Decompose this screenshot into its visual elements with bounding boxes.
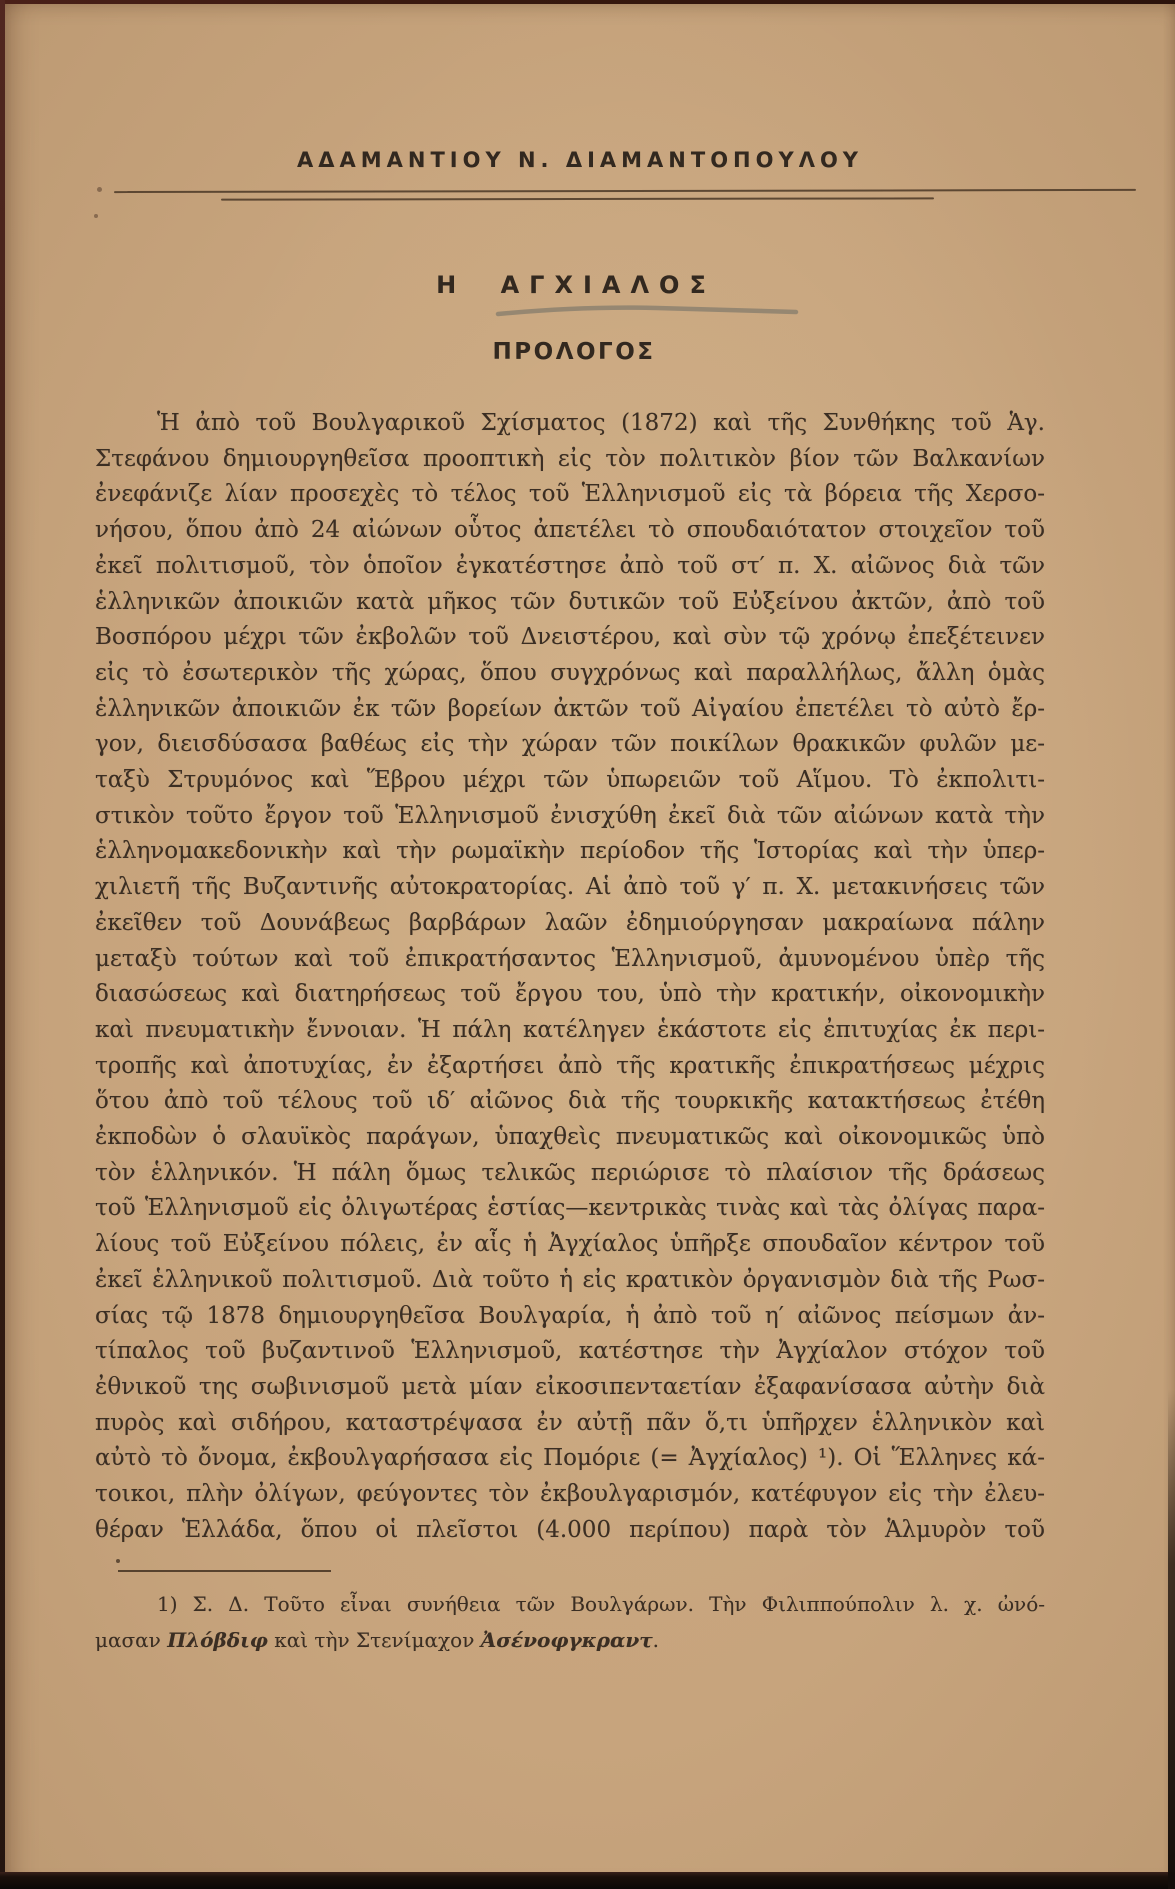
- body-line: τίπαλος τοῦ βυζαντινοῦ Ἑλληνισμοῦ, κατέσ…: [95, 1334, 1045, 1370]
- page-edge-top: [0, 0, 1175, 4]
- body-line: ἐκποδὼν ὁ σλαυϊκὸς παράγων, ὑπαχθεὶς πνε…: [95, 1120, 1045, 1156]
- body-line: τὸν ἑλληνικόν. Ἡ πάλη ὅμως τελικῶς περιώ…: [95, 1156, 1045, 1192]
- header-double-rule-top: [114, 189, 1136, 194]
- body-line: ἐκεῖ πολιτισμοῦ, τὸν ὁποῖον ἐγκατέστησε …: [95, 549, 1045, 585]
- body-line: θέραν Ἑλλάδα, ὅπου οἱ πλεῖστοι (4.000 πε…: [95, 1513, 1045, 1549]
- page-edge-bottom: [0, 1872, 1175, 1889]
- page-title: Η ΑΓΧΙΑΛΟΣ: [0, 271, 1152, 299]
- paper-speck: [97, 187, 102, 192]
- ink-dot: [116, 1559, 120, 1563]
- footnote-line: μασαν Πλόβδιφ καὶ τὴν Στενίμαχον Ἀσένοφγ…: [95, 1622, 1045, 1658]
- body-line: τροπῆς καὶ ἀποτυχίας, ἐν ἐξαρτήσει ἀπὸ τ…: [95, 1049, 1045, 1085]
- body-line: ἑλληνικῶν ἀποικιῶν ἐκ τῶν βορείων ἀκτῶν …: [95, 692, 1045, 728]
- author-header: ΑΔΑΜΑΝΤΙΟΥ Ν. ΔΙΑΜΑΝΤΟΠΟΥΛΟΥ: [0, 148, 1160, 172]
- body-line: ἑλληνικῶν ἀποικιῶν κατὰ μῆκος τῶν δυτικῶ…: [95, 585, 1045, 621]
- footnote-place-name: Πλόβδιφ: [167, 1628, 268, 1652]
- body-line: τοικοι, πλὴν ὀλίγων, φεύγοντες τὸν ἐκβου…: [95, 1477, 1045, 1513]
- footnote-separator: [118, 1570, 331, 1572]
- body-paragraph: Ἡ ἀπὸ τοῦ Βουλγαρικοῦ Σχίσματος (1872) κ…: [95, 406, 1045, 1549]
- body-line: ἐκεῖθεν τοῦ Δουνάβεως βαρβάρων λαῶν ἐδημ…: [95, 906, 1045, 942]
- footnote: 1) Σ. Δ. Τοῦτο εἶναι συνήθεια τῶν Βουλγά…: [95, 1586, 1045, 1658]
- body-line: Βοσπόρου μέχρι τῶν ἐκβολῶν τοῦ Δνειστέρο…: [95, 620, 1045, 656]
- body-line: καὶ πνευματικὴν ἔννοιαν. Ἡ πάλη κατέληγε…: [95, 1013, 1045, 1049]
- body-line: ἐθνικοῦ της σωβινισμοῦ μετὰ μίαν εἰκοσιπ…: [95, 1370, 1045, 1406]
- body-line: λίους τοῦ Εὐξείνου πόλεις, ἐν αἷς ἡ Ἀγχί…: [95, 1227, 1045, 1263]
- footnote-text: μασαν: [95, 1628, 167, 1652]
- body-line: σίας τῷ 1878 δημιουργηθεῖσα Βουλγαρία, ἡ…: [95, 1299, 1045, 1335]
- body-line: εἰς τὸ ἐσωτερικὸν τῆς χώρας, ὅπου συγχρό…: [95, 656, 1045, 692]
- page-edge-right: [1168, 1389, 1175, 1889]
- footnote-line: 1) Σ. Δ. Τοῦτο εἶναι συνήθεια τῶν Βουλγά…: [95, 1586, 1045, 1622]
- body-line: χιλιετῆ τῆς Βυζαντινῆς αὐτοκρατορίας. Αἱ…: [95, 870, 1045, 906]
- body-line: Ἡ ἀπὸ τοῦ Βουλγαρικοῦ Σχίσματος (1872) κ…: [95, 406, 1045, 442]
- body-line: Στεφάνου δημιουργηθεῖσα προοπτικὴ εἰς τὸ…: [95, 442, 1045, 478]
- body-line: γον, διεισδύσασα βαθέως εἰς τὴν χώραν τῶ…: [95, 727, 1045, 763]
- body-line: μεταξὺ τούτων καὶ τοῦ ἐπικρατήσαντος Ἑλλ…: [95, 942, 1045, 978]
- body-line: ἐκεῖ ἑλληνικοῦ πολιτισμοῦ. Διὰ τοῦτο ἡ ε…: [95, 1263, 1045, 1299]
- body-line: νήσου, ὅπου ἀπὸ 24 αἰώνων οὗτος ἀπετέλει…: [95, 513, 1045, 549]
- body-line: αὐτὸ τὸ ὄνομα, ἐκβουλγαρήσασα εἰς Πομόρι…: [95, 1441, 1045, 1477]
- body-line: στικὸν τοῦτο ἔργον τοῦ Ἑλληνισμοῦ ἐνισχύ…: [95, 799, 1045, 835]
- footnote-text: καὶ τὴν Στενίμαχον: [268, 1628, 481, 1652]
- footnote-text: .: [653, 1628, 659, 1652]
- footnote-place-name: Ἀσένοφγκραντ: [481, 1628, 653, 1652]
- pencil-underline: [492, 303, 802, 319]
- body-line: διασώσεως καὶ διατηρήσεως τοῦ ἔργου του,…: [95, 977, 1045, 1013]
- body-line: ταξὺ Στρυμόνος καὶ Ἕβρου μέχρι τῶν ὑπωρε…: [95, 763, 1045, 799]
- body-line: ὅτου ἀπὸ τοῦ τέλους τοῦ ιδ′ αἰῶνος διὰ τ…: [95, 1084, 1045, 1120]
- body-line: ἐνεφάνιζε λίαν προσεχὲς τὸ τέλος τοῦ Ἑλλ…: [95, 477, 1045, 513]
- header-double-rule-bottom: [221, 197, 934, 201]
- body-line: ἑλληνομακεδονικὴν καὶ τὴν ρωμαϊκὴν περίο…: [95, 834, 1045, 870]
- section-heading: ΠΡΟΛΟΓΟΣ: [0, 339, 1148, 365]
- paper-speck: [94, 214, 98, 218]
- body-line: πυρὸς καὶ σιδήρου, καταστρέψασα ἐν αὐτῇ …: [95, 1406, 1045, 1442]
- body-line: τοῦ Ἑλληνισμοῦ εἰς ὀλιγωτέρας ἑστίας—κεν…: [95, 1191, 1045, 1227]
- book-page: ΑΔΑΜΑΝΤΙΟΥ Ν. ΔΙΑΜΑΝΤΟΠΟΥΛΟΥ Η ΑΓΧΙΑΛΟΣ …: [0, 0, 1175, 1889]
